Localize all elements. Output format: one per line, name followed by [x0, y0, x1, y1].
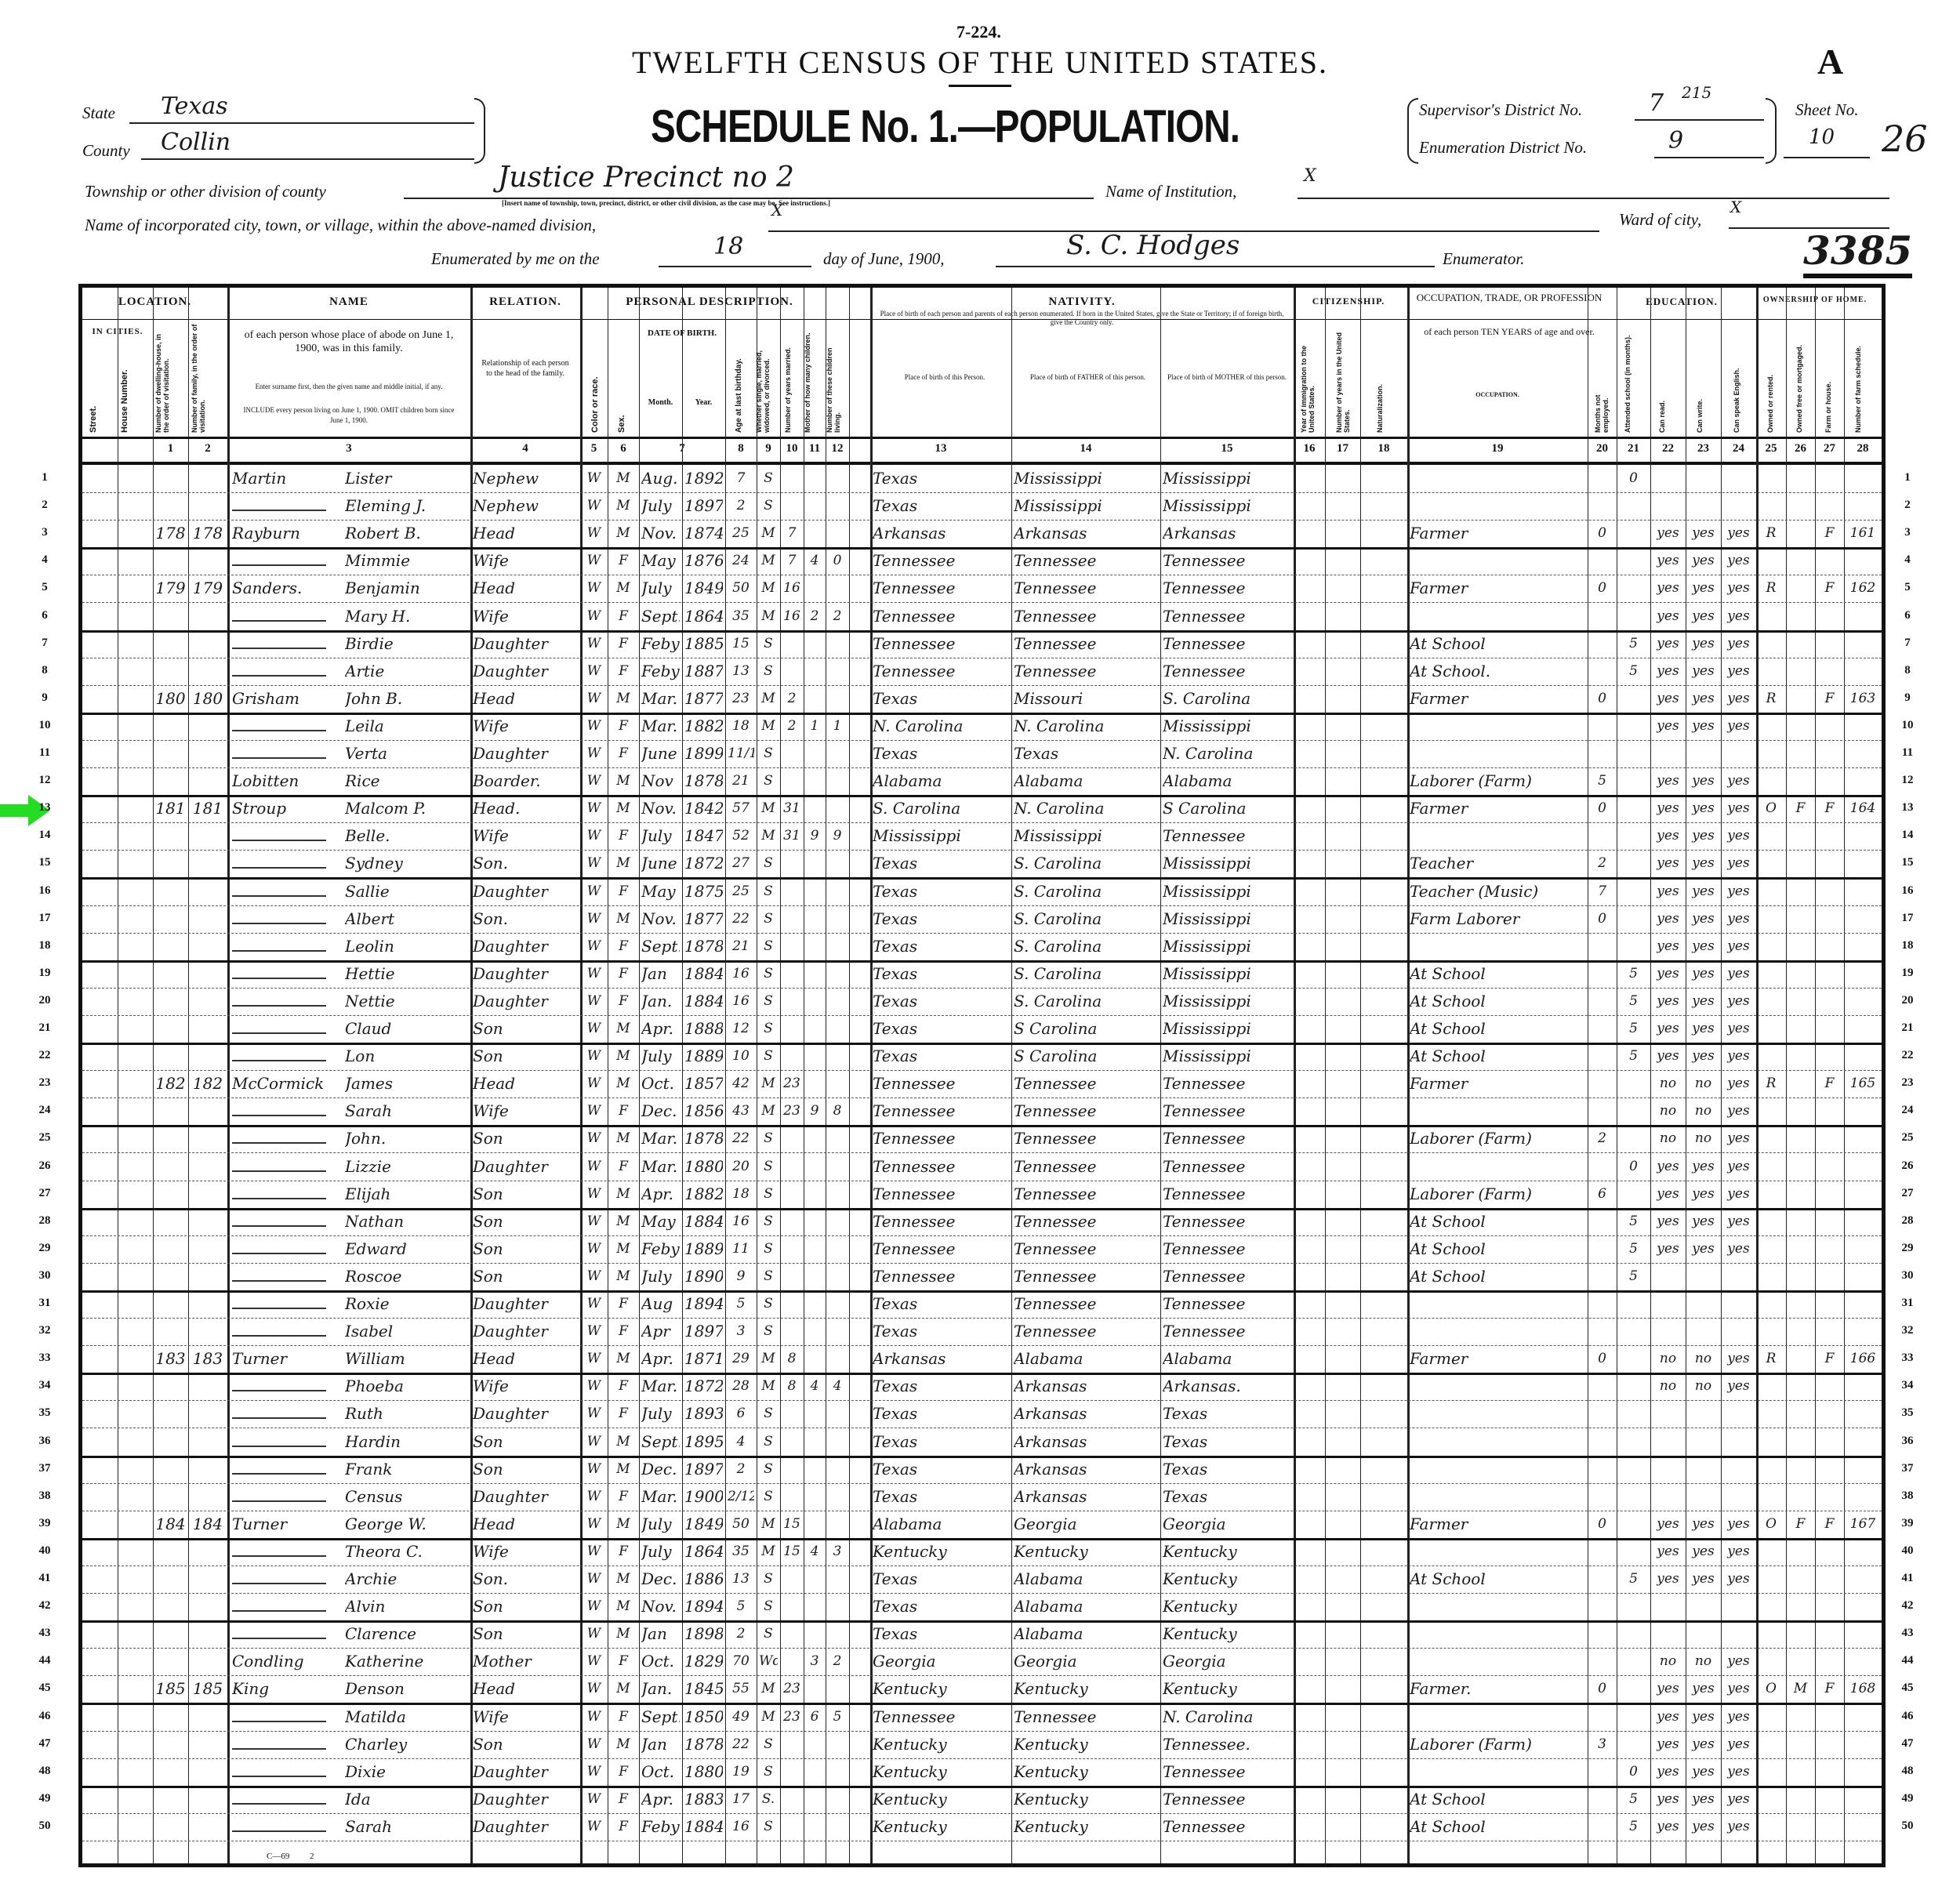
cell-rd: yes — [1653, 962, 1683, 986]
cell-mon: June — [641, 851, 680, 876]
cell-ym — [782, 1237, 801, 1261]
cell-sex: F — [610, 934, 637, 959]
cell-yr: 1874 — [684, 521, 723, 546]
cell-ms: S — [759, 1126, 778, 1151]
cell-age: 4 — [728, 1430, 754, 1454]
census-row: —Belle.WifeWFJuly184752M3199MississippiM… — [82, 822, 1882, 851]
cell-age: 6 — [728, 1402, 754, 1426]
cell-yr: 1878 — [684, 1732, 723, 1757]
cell-mne — [1590, 1567, 1614, 1591]
cell-yr: 1880 — [684, 1155, 723, 1179]
census-row: —ClarenceSonWMJan18982STexasAlabamaKentu… — [82, 1620, 1882, 1649]
sheet-letter: A — [1817, 41, 1843, 82]
cell-sex: F — [610, 1760, 637, 1784]
cell-cl — [828, 1210, 847, 1234]
census-row: —IsabelDaughterWFApr18973STexasTennessee… — [82, 1318, 1882, 1346]
cell-bp: Kentucky — [873, 1815, 1009, 1839]
cell-age: 16 — [728, 989, 754, 1014]
census-row: —HettieDaughterWFJan188416STexasS. Carol… — [82, 960, 1882, 989]
cell-moc — [806, 1677, 823, 1701]
cell-ym — [782, 962, 801, 986]
cell-fs — [1846, 1126, 1879, 1151]
day-field: 18 — [659, 239, 811, 267]
surname: Condling — [232, 1649, 342, 1674]
cell-ms: S — [759, 742, 778, 766]
cell-fam: 179 — [191, 576, 225, 600]
cell-wr: yes — [1688, 1155, 1719, 1179]
line-number-right: 7 — [1896, 637, 1919, 650]
cell-race: W — [583, 714, 605, 738]
cell-age: 22 — [728, 907, 754, 931]
cell-race: W — [583, 494, 605, 518]
cell-wr: yes — [1688, 1815, 1719, 1839]
cell-dw — [155, 1787, 186, 1812]
cell-fam — [191, 1430, 225, 1454]
cell-rd: yes — [1653, 576, 1683, 600]
cell-bf: Arkansas — [1014, 1374, 1158, 1399]
cell-sch — [1619, 907, 1648, 931]
nativity-description: Place of birth of each person and parent… — [874, 310, 1290, 327]
cell-wr: yes — [1688, 714, 1719, 738]
cell-rd: yes — [1653, 1237, 1683, 1261]
ward-field: X — [1729, 205, 1889, 229]
cell-bf: Alabama — [1014, 1594, 1158, 1619]
cell-rd: yes — [1653, 1705, 1683, 1729]
cell-mne — [1590, 1402, 1614, 1426]
cell-sp: yes — [1723, 880, 1754, 904]
cell-mne — [1590, 714, 1614, 738]
cell-dw: 184 — [155, 1512, 186, 1536]
column-number: 11 — [804, 442, 826, 455]
header-naturalization: Naturalization. — [1376, 350, 1384, 433]
header-dwelling-number: Number of dwelling-house, in the order o… — [154, 323, 183, 433]
cell-race: W — [583, 1649, 605, 1674]
column-number: 16 — [1294, 442, 1325, 455]
cell-bp: Kentucky — [873, 1760, 1009, 1784]
cell-fh — [1817, 989, 1842, 1014]
cell-mon: Nov. — [641, 521, 680, 546]
cell-occ: Laborer (Farm) — [1410, 1182, 1585, 1206]
cell-moc — [806, 907, 823, 931]
line-number-left: 39 — [33, 1517, 56, 1530]
cell-ym — [782, 989, 801, 1014]
cell-wr: yes — [1688, 604, 1719, 629]
ward-value: X — [1730, 198, 1741, 216]
cell-sex: F — [610, 1374, 637, 1399]
enumeration-label: Enumeration District No. — [1419, 138, 1587, 158]
cell-race: W — [583, 1155, 605, 1179]
cell-bp: Texas — [873, 1374, 1009, 1399]
given-name: Leolin — [345, 934, 469, 959]
cell-cl — [828, 851, 847, 876]
cell-ms: S — [759, 1815, 778, 1839]
cell-mon: Nov. — [641, 796, 680, 821]
cell-cl — [828, 1264, 847, 1289]
cell-bp: Texas — [873, 1485, 1009, 1509]
cell-mne — [1590, 1705, 1614, 1729]
cell-yr: 1886 — [684, 1567, 723, 1591]
cell-bm: Tennessee — [1163, 824, 1291, 848]
cell-ms: S — [759, 1430, 778, 1454]
line-number-left: 29 — [33, 1242, 56, 1255]
header-street: Street. — [89, 374, 98, 433]
cell-bf: Tennessee — [1014, 1072, 1158, 1096]
surname: — — [232, 939, 326, 952]
cell-mon: Apr. — [641, 1787, 680, 1812]
cell-fm: F — [1788, 796, 1813, 821]
cell-or: R — [1759, 1072, 1784, 1096]
cell-occ — [1410, 1649, 1585, 1674]
cell-ms: S — [759, 1402, 778, 1426]
cell-fs — [1846, 604, 1879, 629]
cell-occ: Farmer. — [1410, 1677, 1585, 1701]
surname: — — [232, 553, 326, 566]
cell-fm — [1788, 1485, 1813, 1509]
cell-mon: Sept. — [641, 934, 680, 959]
cell-rel: Head — [473, 1512, 578, 1536]
cell-ym: 23 — [782, 1099, 801, 1123]
cell-age: 29 — [728, 1347, 754, 1371]
cell-fs — [1846, 769, 1879, 793]
cell-fm — [1788, 1319, 1813, 1344]
cell-wr: yes — [1688, 687, 1719, 711]
cell-bf: Tennessee — [1014, 659, 1158, 684]
cell-sch — [1619, 521, 1648, 546]
given-name: Sarah — [345, 1815, 469, 1839]
cell-fm — [1788, 549, 1813, 573]
given-name: Albert — [345, 907, 469, 931]
cell-bm: Mississippi — [1163, 714, 1291, 738]
cell-fh — [1817, 1182, 1842, 1206]
cell-mne — [1590, 934, 1614, 959]
cell-fh — [1817, 1430, 1842, 1454]
census-row: —LeolinDaughterWFSept.187821STexasS. Car… — [82, 933, 1882, 963]
cell-bm: Tennessee — [1163, 1182, 1291, 1206]
cell-occ — [1410, 714, 1585, 738]
cell-sex: F — [610, 1099, 637, 1123]
cell-fs — [1846, 907, 1879, 931]
cell-sex: F — [610, 742, 637, 766]
header-years-married: Number of years married. — [784, 327, 792, 433]
cell-occ: Farmer — [1410, 1347, 1585, 1371]
given-name: Hettie — [345, 962, 469, 986]
county-field: Collin — [141, 130, 474, 160]
cell-mne — [1590, 1155, 1614, 1179]
line-number-right: 23 — [1896, 1076, 1919, 1090]
cell-fam — [191, 1815, 225, 1839]
cell-wr: no — [1688, 1347, 1719, 1371]
column-number: 8 — [725, 442, 757, 455]
cell-or — [1759, 1594, 1784, 1619]
cell-mon: Apr. — [641, 1182, 680, 1206]
cell-race: W — [583, 632, 605, 656]
cell-fh — [1817, 1237, 1842, 1261]
cell-sch — [1619, 1072, 1648, 1096]
cell-dw — [155, 1374, 186, 1399]
cell-bp: Texas — [873, 1044, 1009, 1068]
cell-rel: Son — [473, 1264, 578, 1289]
line-number-right: 47 — [1896, 1737, 1919, 1750]
cell-fs: 164 — [1846, 796, 1879, 821]
cell-sch — [1619, 714, 1648, 738]
given-name: John. — [345, 1126, 469, 1151]
line-number-left: 33 — [33, 1351, 56, 1365]
township-field: Justice Precinct no 2 — [404, 174, 1094, 199]
cell-mne: 0 — [1590, 1512, 1614, 1536]
cell-age: 16 — [728, 1815, 754, 1839]
line-number-right: 34 — [1896, 1379, 1919, 1392]
surname: — — [232, 912, 326, 924]
cell-fm — [1788, 1567, 1813, 1591]
cell-bm: Mississippi — [1163, 851, 1291, 876]
cell-fh — [1817, 1787, 1842, 1812]
line-number-left: 3 — [33, 526, 56, 539]
cell-bp: Tennessee — [873, 1126, 1009, 1151]
cell-bf: Georgia — [1014, 1649, 1158, 1674]
cell-wr: yes — [1688, 880, 1719, 904]
cell-bm: Mississippi — [1163, 466, 1291, 491]
cell-ym: 16 — [782, 576, 801, 600]
cell-age: 13 — [728, 1567, 754, 1591]
cell-age: 20 — [728, 1155, 754, 1179]
cell-fs — [1846, 824, 1879, 848]
cell-fs — [1846, 1099, 1879, 1123]
cell-age: 5 — [728, 1292, 754, 1316]
cell-fs — [1846, 851, 1879, 876]
cell-fam: 185 — [191, 1677, 225, 1701]
surname: — — [232, 1214, 326, 1227]
cell-race: W — [583, 604, 605, 629]
cell-sex: M — [610, 1594, 637, 1619]
cell-bp: Kentucky — [873, 1677, 1009, 1701]
column-number: 26 — [1786, 442, 1815, 455]
line-number-left: 7 — [33, 637, 56, 650]
cell-fs — [1846, 1292, 1879, 1316]
cell-race: W — [583, 851, 605, 876]
cell-rel: Son — [473, 1594, 578, 1619]
given-name: Leila — [345, 714, 469, 738]
cell-sp: yes — [1723, 796, 1754, 821]
cell-bf: Mississippi — [1014, 466, 1158, 491]
cell-sch — [1619, 1182, 1648, 1206]
group-name: NAME — [227, 296, 470, 309]
cell-mne — [1590, 1622, 1614, 1646]
cell-age: 12 — [728, 1017, 754, 1041]
cell-wr — [1688, 742, 1719, 766]
cell-bm: Mississippi — [1163, 989, 1291, 1014]
cell-sex: F — [610, 549, 637, 573]
cell-dw — [155, 1044, 186, 1068]
cell-age: 50 — [728, 576, 754, 600]
cell-fs: 161 — [1846, 521, 1879, 546]
cell-ms: M — [759, 604, 778, 629]
line-number-right: 35 — [1896, 1406, 1919, 1420]
cell-moc — [806, 1567, 823, 1591]
cell-ms: S — [759, 1485, 778, 1509]
cell-wr: no — [1688, 1126, 1719, 1151]
cell-ms: Wd — [759, 1649, 778, 1674]
cell-rd: yes — [1653, 1760, 1683, 1784]
cell-race: W — [583, 576, 605, 600]
cell-sch — [1619, 1649, 1648, 1674]
cell-cl: 3 — [828, 1540, 847, 1564]
cell-moc: 4 — [806, 549, 823, 573]
cell-moc — [806, 1457, 823, 1482]
cell-moc — [806, 1264, 823, 1289]
cell-sex: M — [610, 1210, 637, 1234]
cell-ms: M — [759, 796, 778, 821]
surname: — — [232, 856, 326, 869]
cell-mon: Mar. — [641, 1155, 680, 1179]
cell-rel: Wife — [473, 1099, 578, 1123]
given-name: Claud — [345, 1017, 469, 1041]
cell-mne — [1590, 962, 1614, 986]
cell-mne — [1590, 1815, 1614, 1839]
cell-sch: 0 — [1619, 466, 1648, 491]
cell-bf: N. Carolina — [1014, 796, 1158, 821]
cell-fh — [1817, 880, 1842, 904]
cell-fh — [1817, 1485, 1842, 1509]
cell-or: O — [1759, 796, 1784, 821]
cell-moc — [806, 1594, 823, 1619]
cell-fh — [1817, 1292, 1842, 1316]
cell-occ — [1410, 1760, 1585, 1784]
cell-wr: yes — [1688, 521, 1719, 546]
cell-race: W — [583, 1099, 605, 1123]
cell-dw — [155, 962, 186, 986]
cell-age: 15 — [728, 632, 754, 656]
cell-sex: M — [610, 1182, 637, 1206]
cell-sex: M — [610, 1347, 637, 1371]
census-row: —MatildaWifeWFSept.185049M2365TennesseeT… — [82, 1703, 1882, 1732]
cell-bm: Mississippi — [1163, 494, 1291, 518]
cell-rel: Wife — [473, 1705, 578, 1729]
cell-rel: Head — [473, 687, 578, 711]
cell-bp: Tennessee — [873, 659, 1009, 684]
cell-fm — [1788, 824, 1813, 848]
sheet-alt-number: 26 — [1882, 118, 1928, 160]
cell-cl — [828, 989, 847, 1014]
cell-fh — [1817, 934, 1842, 959]
cell-bp: Tennessee — [873, 1072, 1009, 1096]
cell-rel: Daughter — [473, 934, 578, 959]
cell-sex: M — [610, 1457, 637, 1482]
cell-fs — [1846, 1732, 1879, 1757]
cell-dw — [155, 466, 186, 491]
cell-or: R — [1759, 576, 1784, 600]
cell-fam — [191, 1099, 225, 1123]
cell-ym: 7 — [782, 521, 801, 546]
cell-fs — [1846, 1237, 1879, 1261]
cell-sp — [1723, 494, 1754, 518]
cell-occ: At School — [1410, 1264, 1585, 1289]
line-number-left: 4 — [33, 553, 56, 567]
cell-bf: S Carolina — [1014, 1044, 1158, 1068]
cell-cl — [828, 934, 847, 959]
cell-yr: 1857 — [684, 1072, 723, 1096]
sheet-label: Sheet No. — [1795, 100, 1858, 120]
given-name: George W. — [345, 1512, 469, 1536]
column-number: 18 — [1360, 442, 1407, 455]
birth-father-label: Place of birth of FATHER of this person. — [1015, 372, 1160, 383]
cell-fm — [1788, 1155, 1813, 1179]
cell-yr: 1847 — [684, 824, 723, 848]
given-name: Sarah — [345, 1099, 469, 1123]
line-number-right: 5 — [1896, 581, 1919, 594]
surname: — — [232, 664, 326, 677]
given-name: Birdie — [345, 632, 469, 656]
cell-fam — [191, 1155, 225, 1179]
cell-sp: yes — [1723, 1044, 1754, 1068]
cell-dw — [155, 549, 186, 573]
given-name: Lister — [345, 466, 469, 491]
cell-bp: Mississippi — [873, 824, 1009, 848]
cell-cl — [828, 1155, 847, 1179]
cell-rd: yes — [1653, 549, 1683, 573]
given-name: Charley — [345, 1732, 469, 1757]
cell-race: W — [583, 1485, 605, 1509]
cell-fs — [1846, 466, 1879, 491]
cell-bf: Mississippi — [1014, 824, 1158, 848]
cell-dw — [155, 742, 186, 766]
cell-fh — [1817, 1760, 1842, 1784]
cell-cl — [828, 687, 847, 711]
cell-sch: 5 — [1619, 1237, 1648, 1261]
cell-ms: M — [759, 714, 778, 738]
cell-fam — [191, 1485, 225, 1509]
cell-dw — [155, 1732, 186, 1757]
given-name: Alvin — [345, 1594, 469, 1619]
cell-ms: S — [759, 494, 778, 518]
cell-rel: Daughter — [473, 1485, 578, 1509]
cell-wr: yes — [1688, 769, 1719, 793]
cell-ms: S. — [759, 1787, 778, 1812]
cell-bp: Arkansas — [873, 521, 1009, 546]
cell-moc — [806, 851, 823, 876]
surname: McCormick — [232, 1072, 342, 1096]
cell-mne: 0 — [1590, 1677, 1614, 1701]
census-row: —LeilaWifeWFMar.188218M211N. CarolinaN. … — [82, 713, 1882, 741]
column-number: 14 — [1011, 442, 1160, 455]
cell-ym — [782, 1594, 801, 1619]
line-number-right: 41 — [1896, 1572, 1919, 1585]
cell-sp — [1723, 1292, 1754, 1316]
cell-sex: M — [610, 907, 637, 931]
cell-bm: N. Carolina — [1163, 1705, 1291, 1729]
cell-fm — [1788, 659, 1813, 684]
line-number-right: 16 — [1896, 884, 1919, 898]
cell-bm: Tennessee — [1163, 1126, 1291, 1151]
cell-mne — [1590, 1099, 1614, 1123]
cell-yr: 1878 — [684, 934, 723, 959]
cell-mon: July — [641, 576, 680, 600]
cell-rel: Son — [473, 1732, 578, 1757]
cell-fam — [191, 494, 225, 518]
line-number-right: 13 — [1896, 801, 1919, 814]
cell-mne — [1590, 1787, 1614, 1812]
header-year-immigration: Year of immigration to the United States… — [1300, 323, 1320, 433]
cell-or — [1759, 1017, 1784, 1041]
cell-bm: Arkansas — [1163, 521, 1291, 546]
cell-fh — [1817, 1319, 1842, 1344]
cell-cl — [828, 1512, 847, 1536]
cell-bm: Tennessee — [1163, 549, 1291, 573]
cell-mon: Mar. — [641, 714, 680, 738]
census-row: StroupMalcom P.181181Head.WMNov.184257M3… — [82, 795, 1882, 823]
line-number-right: 25 — [1896, 1131, 1919, 1145]
cell-cl: 0 — [828, 549, 847, 573]
cell-fm — [1788, 962, 1813, 986]
